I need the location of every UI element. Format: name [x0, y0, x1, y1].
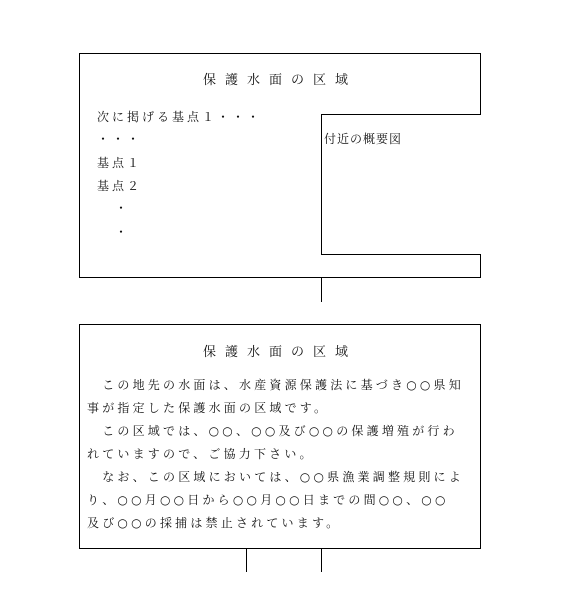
- map-box-label: 付近の概要図: [324, 130, 402, 147]
- sign-1-title: 保護水面の区域: [80, 69, 480, 88]
- sign-1-line: 基点２: [97, 177, 142, 194]
- sign-1-line: 次に掲げる基点１・・・: [97, 108, 262, 125]
- sign-2-board: 保護水面の区域 この地先の水面は、水産資源保護法に基づき○○県知 事が指定した保…: [79, 324, 481, 549]
- sign-2-post-right: [321, 548, 322, 572]
- sign-2-line: 及び○○の採捕は禁止されています。: [87, 512, 479, 535]
- sign-1-line: ・: [115, 199, 130, 216]
- sign-2-post-left: [246, 548, 247, 572]
- sign-1-post: [321, 277, 322, 302]
- sign-2-line: れていますので、ご協力下さい。: [87, 443, 479, 466]
- sign-2-line: り、○○月○○日から○○月○○日までの間○○、○○: [87, 489, 479, 512]
- sign-2-title: 保護水面の区域: [80, 341, 480, 360]
- sign-1-line: ・: [115, 223, 130, 240]
- sign-2-text: この地先の水面は、水産資源保護法に基づき○○県知 事が指定した保護水面の区域です…: [87, 374, 479, 535]
- sign-2-line: この区域では、○○、○○及び○○の保護増殖が行わ: [87, 420, 479, 443]
- sign-1-line: ・・・: [97, 130, 142, 147]
- sign-2-line: なお、この区域においては、○○県漁業調整規則によ: [87, 466, 479, 489]
- sign-2-line: 事が指定した保護水面の区域です。: [87, 397, 479, 420]
- map-box: 付近の概要図: [321, 114, 481, 255]
- sign-1-line: 基点１: [97, 154, 142, 171]
- sign-1-board: 保護水面の区域 次に掲げる基点１・・・ ・・・ 基点１ 基点２ ・ ・ 付近の概…: [79, 53, 481, 278]
- sign-2-line: この地先の水面は、水産資源保護法に基づき○○県知: [87, 374, 479, 397]
